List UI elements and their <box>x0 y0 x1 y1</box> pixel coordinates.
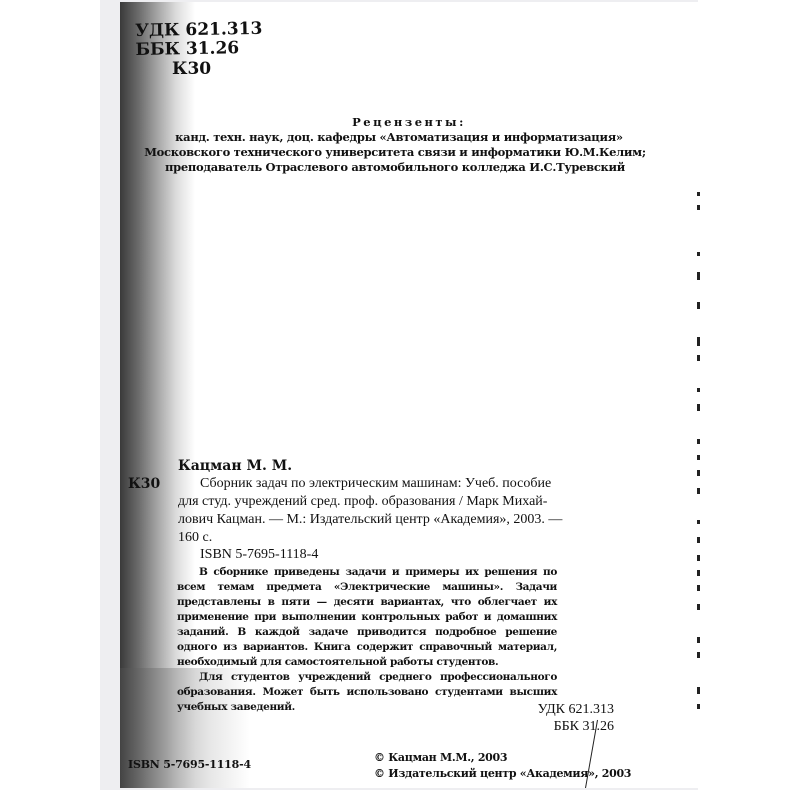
copyright-line: © Кацман М.М., 2003 <box>374 750 631 766</box>
author-mark: К30 <box>128 476 160 492</box>
footer-bbk: ББК 31.26 <box>510 718 614 735</box>
reviewers-title: Рецензенты: <box>120 115 698 129</box>
bleed-fragment <box>697 537 700 543</box>
bleed-fragment <box>697 570 700 576</box>
bleed-fragment <box>697 302 700 309</box>
bleed-fragment <box>697 637 700 643</box>
bleed-fragment <box>697 355 700 361</box>
bib-line: Сборник задач по электрическим машинам: … <box>178 475 562 493</box>
bleed-fragment <box>697 585 700 591</box>
bleed-fragment <box>697 687 700 694</box>
bleed-fragment <box>697 470 700 476</box>
bleed-fragment <box>697 337 700 346</box>
bleed-fragment <box>697 520 700 524</box>
bleed-fragment <box>697 455 700 460</box>
reviewer-line: преподаватель Отраслевого автомобильного… <box>120 160 684 174</box>
bib-line: лович Кацман. — М.: Издательский центр «… <box>178 511 562 529</box>
bleed-fragment <box>697 252 700 256</box>
classification-header: УДК 621.313 ББК 31.26 <box>135 20 263 60</box>
annotation: В сборнике приведены задачи и примеры их… <box>177 565 557 715</box>
bleed-fragment <box>697 192 700 196</box>
bib-line: 160 с. <box>178 529 562 547</box>
reviewer-line: Московского технического университета св… <box>120 145 684 159</box>
bibliographic-description: Сборник задач по электрическим машинам: … <box>178 475 562 547</box>
bib-line: для студ. учреждений сред. проф. образов… <box>178 493 562 511</box>
copyright-block: © Кацман М.М., 2003 © Издательский центр… <box>374 750 631 782</box>
annotation-paragraph: В сборнике приведены задачи и примеры их… <box>177 565 557 670</box>
bleed-fragment <box>697 704 700 709</box>
bleed-fragment <box>697 604 700 610</box>
footer-classification: УДК 621.313 ББК 31.26 <box>510 701 614 735</box>
bleed-fragment <box>697 652 700 658</box>
author-name: Кацман М. М. <box>178 458 292 474</box>
bleed-fragment <box>697 439 700 444</box>
bleed-fragment <box>697 488 700 494</box>
annotation-paragraph: Для студентов учреждений среднего профес… <box>177 670 557 715</box>
footer-isbn: ISBN 5-7695-1118-4 <box>128 758 251 771</box>
bleed-fragment <box>697 205 700 210</box>
copyright-line: © Издательский центр «Академия», 2003 <box>374 766 631 782</box>
reviewer-line: канд. техн. наук, доц. кафедры «Автомати… <box>120 130 688 144</box>
bleed-fragment <box>697 272 700 280</box>
bleed-fragment <box>697 404 700 411</box>
isbn: ISBN 5-7695-1118-4 <box>200 547 318 563</box>
bbk-code: ББК 31.26 <box>135 39 262 60</box>
bleed-fragment <box>697 388 700 392</box>
author-mark-top: К30 <box>172 59 211 79</box>
footer-udk: УДК 621.313 <box>510 701 614 718</box>
bleed-fragment <box>697 555 700 561</box>
udk-code: УДК 621.313 <box>135 20 262 41</box>
book-page: УДК 621.313 ББК 31.26 К30 Рецензенты: ка… <box>120 2 698 788</box>
